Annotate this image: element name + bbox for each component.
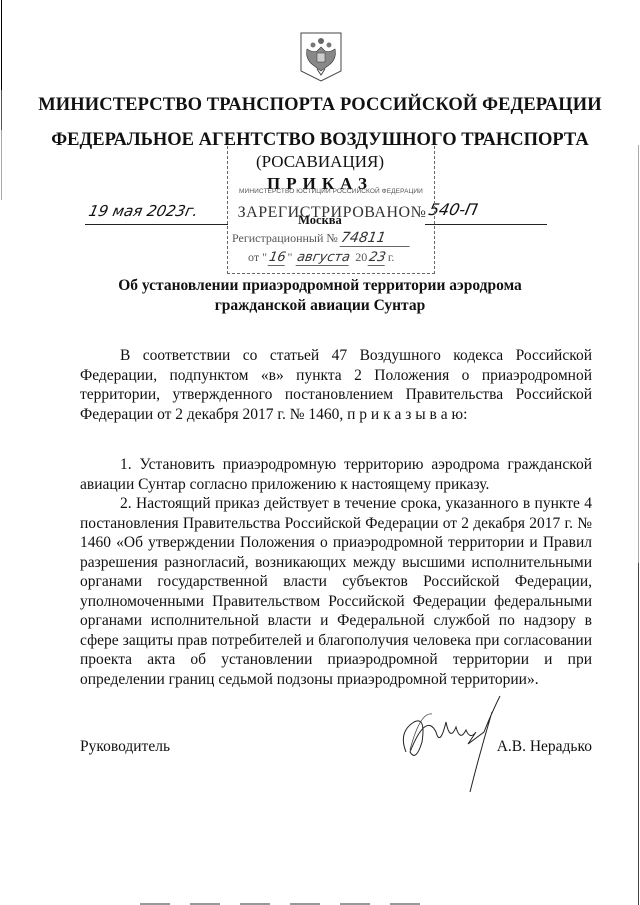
title-line-1: Об установлении приаэродромной территори… [0,276,640,296]
document-title: Об установлении приаэродромной территори… [0,276,640,316]
registration-stamp: МИНИСТЕРСТВО ЮСТИЦИИ РОССИЙСКОЙ ФЕДЕРАЦИ… [227,146,435,274]
city-label: Москва [0,213,640,228]
ministry-heading: МИНИСТЕРСТВО ТРАНСПОРТА РОССИЙСКОЙ ФЕДЕР… [0,95,640,116]
scan-edge-right [638,145,639,905]
order-item-1: 1. Установить приаэродромную территорию … [80,455,592,494]
stamp-registration-date: от "16" августа 2023г. [248,250,394,266]
stamp-date-prefix: от " [248,250,267,264]
signatory-role: Руководитель [80,738,170,756]
order-item-2: 2. Настоящий приказ действует в течение … [80,494,592,689]
stamp-ministry-line: МИНИСТЕРСТВО ЮСТИЦИИ РОССИЙСКОЙ ФЕДЕРАЦИ… [230,188,432,195]
order-items: 1. Установить приаэродромную территорию … [80,455,592,689]
stamp-date-day: 16 [268,250,287,266]
preamble-paragraph: В соответствии со статьей 47 Воздушного … [80,346,592,424]
stamp-date-year-suffix: 23 [368,250,387,266]
stamp-reg-number-value: 74811 [339,230,412,247]
signature-block: Руководитель А.В. Нерадько [80,738,592,762]
stamp-reg-label: Регистрационный № [232,231,338,245]
preamble: В соответствии со статьей 47 Воздушного … [80,346,592,424]
stamp-date-year-prefix: 20 [355,250,367,264]
stamp-registration-number: Регистрационный №74811 [232,230,411,247]
coat-of-arms-icon [299,31,343,83]
signatory-name: А.В. Нерадько [497,738,592,756]
title-line-2: гражданской авиации Сунтар [0,296,640,316]
stamp-date-end: г. [388,250,395,264]
stamp-date-month: августа [296,250,352,266]
